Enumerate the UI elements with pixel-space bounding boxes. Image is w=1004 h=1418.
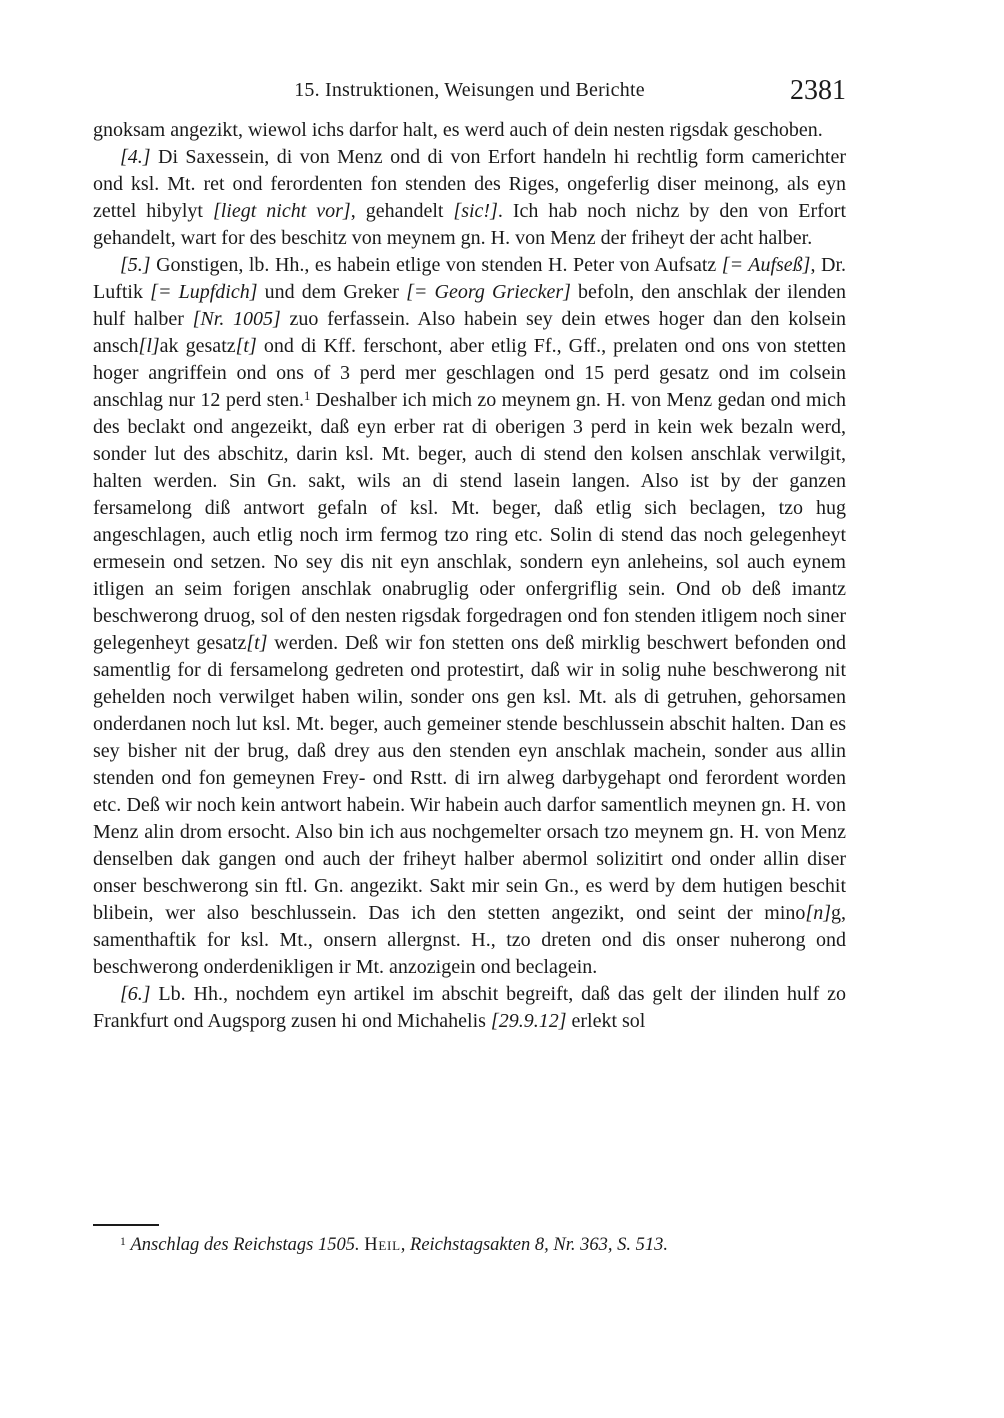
text-segment: erlekt sol xyxy=(567,1010,646,1032)
italic-text-segment: [6.] xyxy=(120,983,151,1005)
text-segment: Deshalber ich mich zo meynem gn. H. von … xyxy=(93,389,846,654)
text-segment: und dem Greker xyxy=(258,281,407,303)
footnote-reference: 1 xyxy=(304,389,310,403)
italic-text-segment: [t] xyxy=(236,335,257,357)
text-segment: Gonstigen, lb. Hh., es habein etlige von… xyxy=(151,254,722,276)
text-segment: werden. Deß wir fon stetten ons deß mirk… xyxy=(93,632,846,924)
italic-text-segment: Anschlag des Reichstags 1505. xyxy=(130,1235,359,1255)
italic-text-segment: [liegt nicht vor] xyxy=(213,200,351,222)
text-segment: Lb. Hh., nochdem eyn artikel im abschit … xyxy=(93,983,846,1032)
paragraph: gnoksam angezikt, wiewol ichs darfor hal… xyxy=(93,117,846,144)
italic-text-segment: [= Aufseß] xyxy=(722,254,811,276)
italic-text-segment: [Nr. 1005] xyxy=(193,308,281,330)
paragraph: [6.] Lb. Hh., nochdem eyn artikel im abs… xyxy=(93,981,846,1035)
smallcaps-text-segment: Heil xyxy=(364,1235,401,1255)
footnote-separator-rule xyxy=(93,1224,159,1226)
text-segment: gnoksam angezikt, wiewol ichs darfor hal… xyxy=(93,119,823,141)
running-title: 15. Instruktionen, Weisungen und Bericht… xyxy=(294,79,645,102)
italic-text-segment: [sic!] xyxy=(453,200,497,222)
page-number: 2381 xyxy=(790,75,846,107)
italic-text-segment: [l] xyxy=(139,335,160,357)
body-text: gnoksam angezikt, wiewol ichs darfor hal… xyxy=(93,117,846,1035)
book-page: 15. Instruktionen, Weisungen und Bericht… xyxy=(0,0,1004,1418)
italic-text-segment: [29.9.12] xyxy=(491,1010,567,1032)
italic-text-segment: [5.] xyxy=(120,254,151,276)
text-segment: ak gesatz xyxy=(160,335,236,357)
footnote-area: 1 Anschlag des Reichstags 1505. Heil, Re… xyxy=(93,1224,846,1257)
page-header: 15. Instruktionen, Weisungen und Bericht… xyxy=(93,72,846,104)
text-segment: , gehandelt xyxy=(351,200,454,222)
text-segment: , xyxy=(401,1235,410,1255)
italic-text-segment: [= Georg Griecker] xyxy=(406,281,571,303)
italic-text-segment: Reichstagsakten 8, Nr. 363, S. 513. xyxy=(410,1235,668,1255)
italic-text-segment: [t] xyxy=(246,632,267,654)
italic-text-segment: [4.] xyxy=(120,146,151,168)
footnote: 1 Anschlag des Reichstags 1505. Heil, Re… xyxy=(93,1233,846,1257)
paragraph: [5.] Gonstigen, lb. Hh., es habein etlig… xyxy=(93,252,846,981)
italic-text-segment: [n] xyxy=(805,902,831,924)
paragraph: [4.] Di Saxessein, di von Menz ond di vo… xyxy=(93,144,846,252)
type-area: 15. Instruktionen, Weisungen und Bericht… xyxy=(93,0,846,1418)
italic-text-segment: [= Lupfdich] xyxy=(150,281,257,303)
footnote-reference: 1 xyxy=(120,1235,126,1248)
